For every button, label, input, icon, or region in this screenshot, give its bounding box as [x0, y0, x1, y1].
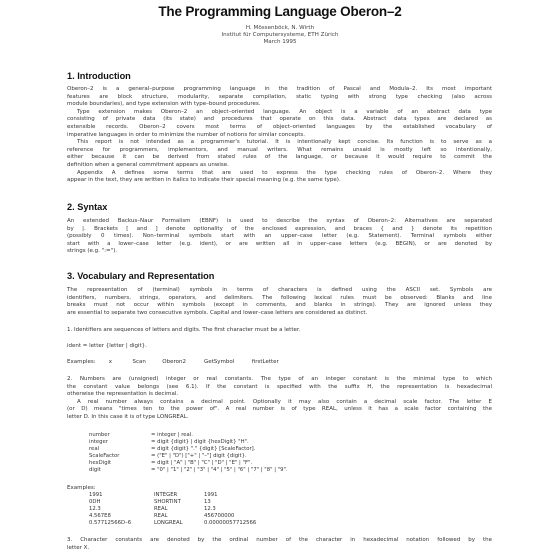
text-line: module boundaries), and type extension w… — [67, 101, 492, 109]
grammar-rule: integer= digit {digit} | digit {hexDigit… — [89, 439, 288, 446]
example-identifier: firstLetter — [252, 359, 279, 365]
identifiers-definition: 1. Identifiers are sequences of letters … — [67, 327, 300, 333]
examples-label: Examples: — [67, 359, 107, 365]
syntax-body: An extended Backus–Naur Formalism (EBNF)… — [67, 218, 492, 256]
text-line: 2. Numbers are (unsigned) integer or rea… — [67, 376, 492, 384]
grammar-rule: digit= "0" | "1" | "2" | "3" | "4" | "5"… — [89, 467, 288, 474]
text-line: Type extension makes Oberon–2 an object–… — [67, 109, 492, 117]
section-heading-syntax: 2. Syntax — [67, 202, 107, 212]
date: March 1995 — [0, 39, 560, 46]
document-title: The Programming Language Oberon–2 — [0, 4, 560, 19]
text-line: either because it can be derived from st… — [67, 154, 492, 162]
text-line: start with a lower–case letter (e.g. ide… — [67, 241, 492, 249]
text-line: reference for programmers, implementors,… — [67, 147, 492, 155]
number-examples-label: Examples: — [67, 485, 96, 491]
example-identifier: Oberon2 — [162, 359, 202, 365]
text-line: extensible records. Oberon–2 covers most… — [67, 124, 492, 132]
text-line: definition when a general commitment app… — [67, 162, 492, 170]
numbers-body: 2. Numbers are (unsigned) integer or rea… — [67, 376, 492, 422]
ident-rule: ident = letter {letter | digit}. — [67, 343, 147, 349]
text-line: 3. Character constants are denoted by th… — [67, 537, 492, 545]
identifier-examples: Examples: x Scan Oberon2 GetSymbol first… — [67, 359, 279, 365]
number-examples-table: 1991INTEGER1991 0DHSHORTINT13 12.3REAL12… — [89, 492, 256, 527]
text-line: otherwise the representation is decimal. — [67, 391, 492, 399]
vocabulary-body: The representation of (terminal) symbols… — [67, 287, 492, 317]
text-line: identifiers, numbers, strings, operators… — [67, 295, 492, 303]
text-line: appear in the text, they are written in … — [67, 177, 492, 185]
text-line: strings (e.g. ":="). — [67, 248, 492, 256]
section-heading-vocabulary: 3. Vocabulary and Representation — [67, 271, 214, 281]
text-line: are essential to separate two consecutiv… — [67, 310, 492, 318]
text-line: letter X. — [67, 545, 492, 553]
introduction-body: Oberon–2 is a general–purpose programmin… — [67, 86, 492, 185]
text-line: consisting of private data (its state) a… — [67, 116, 492, 124]
text-line: breaks must not occur within symbols (ex… — [67, 302, 492, 310]
text-line: Oberon–2 is a general–purpose programmin… — [67, 86, 492, 94]
text-line: imperative languages in order to minimiz… — [67, 132, 492, 140]
text-line: This report is not intended as a program… — [67, 139, 492, 147]
characters-body: 3. Character constants are denoted by th… — [67, 537, 492, 552]
table-row: 12.3REAL12.3 — [89, 506, 256, 513]
grammar-rule: number= integer | real. — [89, 432, 288, 439]
text-line: An extended Backus–Naur Formalism (EBNF)… — [67, 218, 492, 226]
section-heading-introduction: 1. Introduction — [67, 71, 131, 81]
example-identifier: GetSymbol — [204, 359, 250, 365]
example-identifier: Scan — [133, 359, 161, 365]
text-line: A real number always contains a decimal … — [67, 399, 492, 407]
grammar-rule: ScaleFactor= ("E" | "D") ["+" | "–"] dig… — [89, 453, 288, 460]
text-line: by |. Brackets [ and ] denote optionalit… — [67, 226, 492, 234]
text-line: (or D) means "times ten to the power of"… — [67, 406, 492, 414]
table-row: 0DHSHORTINT13 — [89, 499, 256, 506]
number-grammar: number= integer | real. integer= digit {… — [89, 432, 288, 474]
text-line: Appendix A defines some terms that are u… — [67, 170, 492, 178]
table-row: 0.57712566D–6LONGREAL0.00000057712566 — [89, 520, 256, 527]
table-row: 4.567E8REAL456700000 — [89, 513, 256, 520]
text-line: (possibly 0 times). Non–terminal symbols… — [67, 233, 492, 241]
grammar-rule: hexDigit= digit | "A" | "B" | "C" | "D" … — [89, 460, 288, 467]
table-row: 1991INTEGER1991 — [89, 492, 256, 499]
text-line: The representation of (terminal) symbols… — [67, 287, 492, 295]
document-page: The Programming Language Oberon–2 H. Mös… — [0, 0, 560, 560]
text-line: the constant value belongs (see 6.1). If… — [67, 384, 492, 392]
grammar-rule: real= digit {digit} "." {digit} [ScaleFa… — [89, 446, 288, 453]
example-identifier: x — [109, 359, 131, 365]
text-line: features are block structure, modularity… — [67, 94, 492, 102]
text-line: letter D. In this case it is of type LON… — [67, 414, 492, 422]
